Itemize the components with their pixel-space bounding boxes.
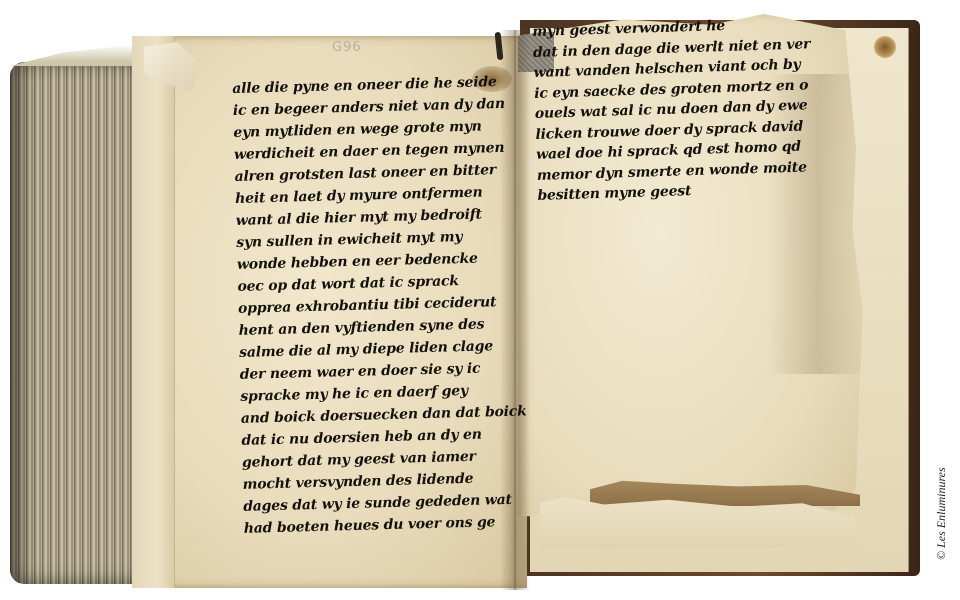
open-manuscript: G96 alle die pyne en oneer die he seide … (0, 0, 960, 600)
right-page-text: myn geest verwondert he dat in den dage … (532, 13, 815, 206)
page-fold-strip (132, 36, 175, 588)
left-page-text: alle die pyne en oneer die he seide ic e… (232, 71, 530, 540)
folio-number: G96 (332, 40, 362, 55)
page-edges-block (10, 62, 140, 584)
copyright-watermark: © Les Enluminures (934, 467, 949, 560)
stain-spot (874, 36, 896, 58)
